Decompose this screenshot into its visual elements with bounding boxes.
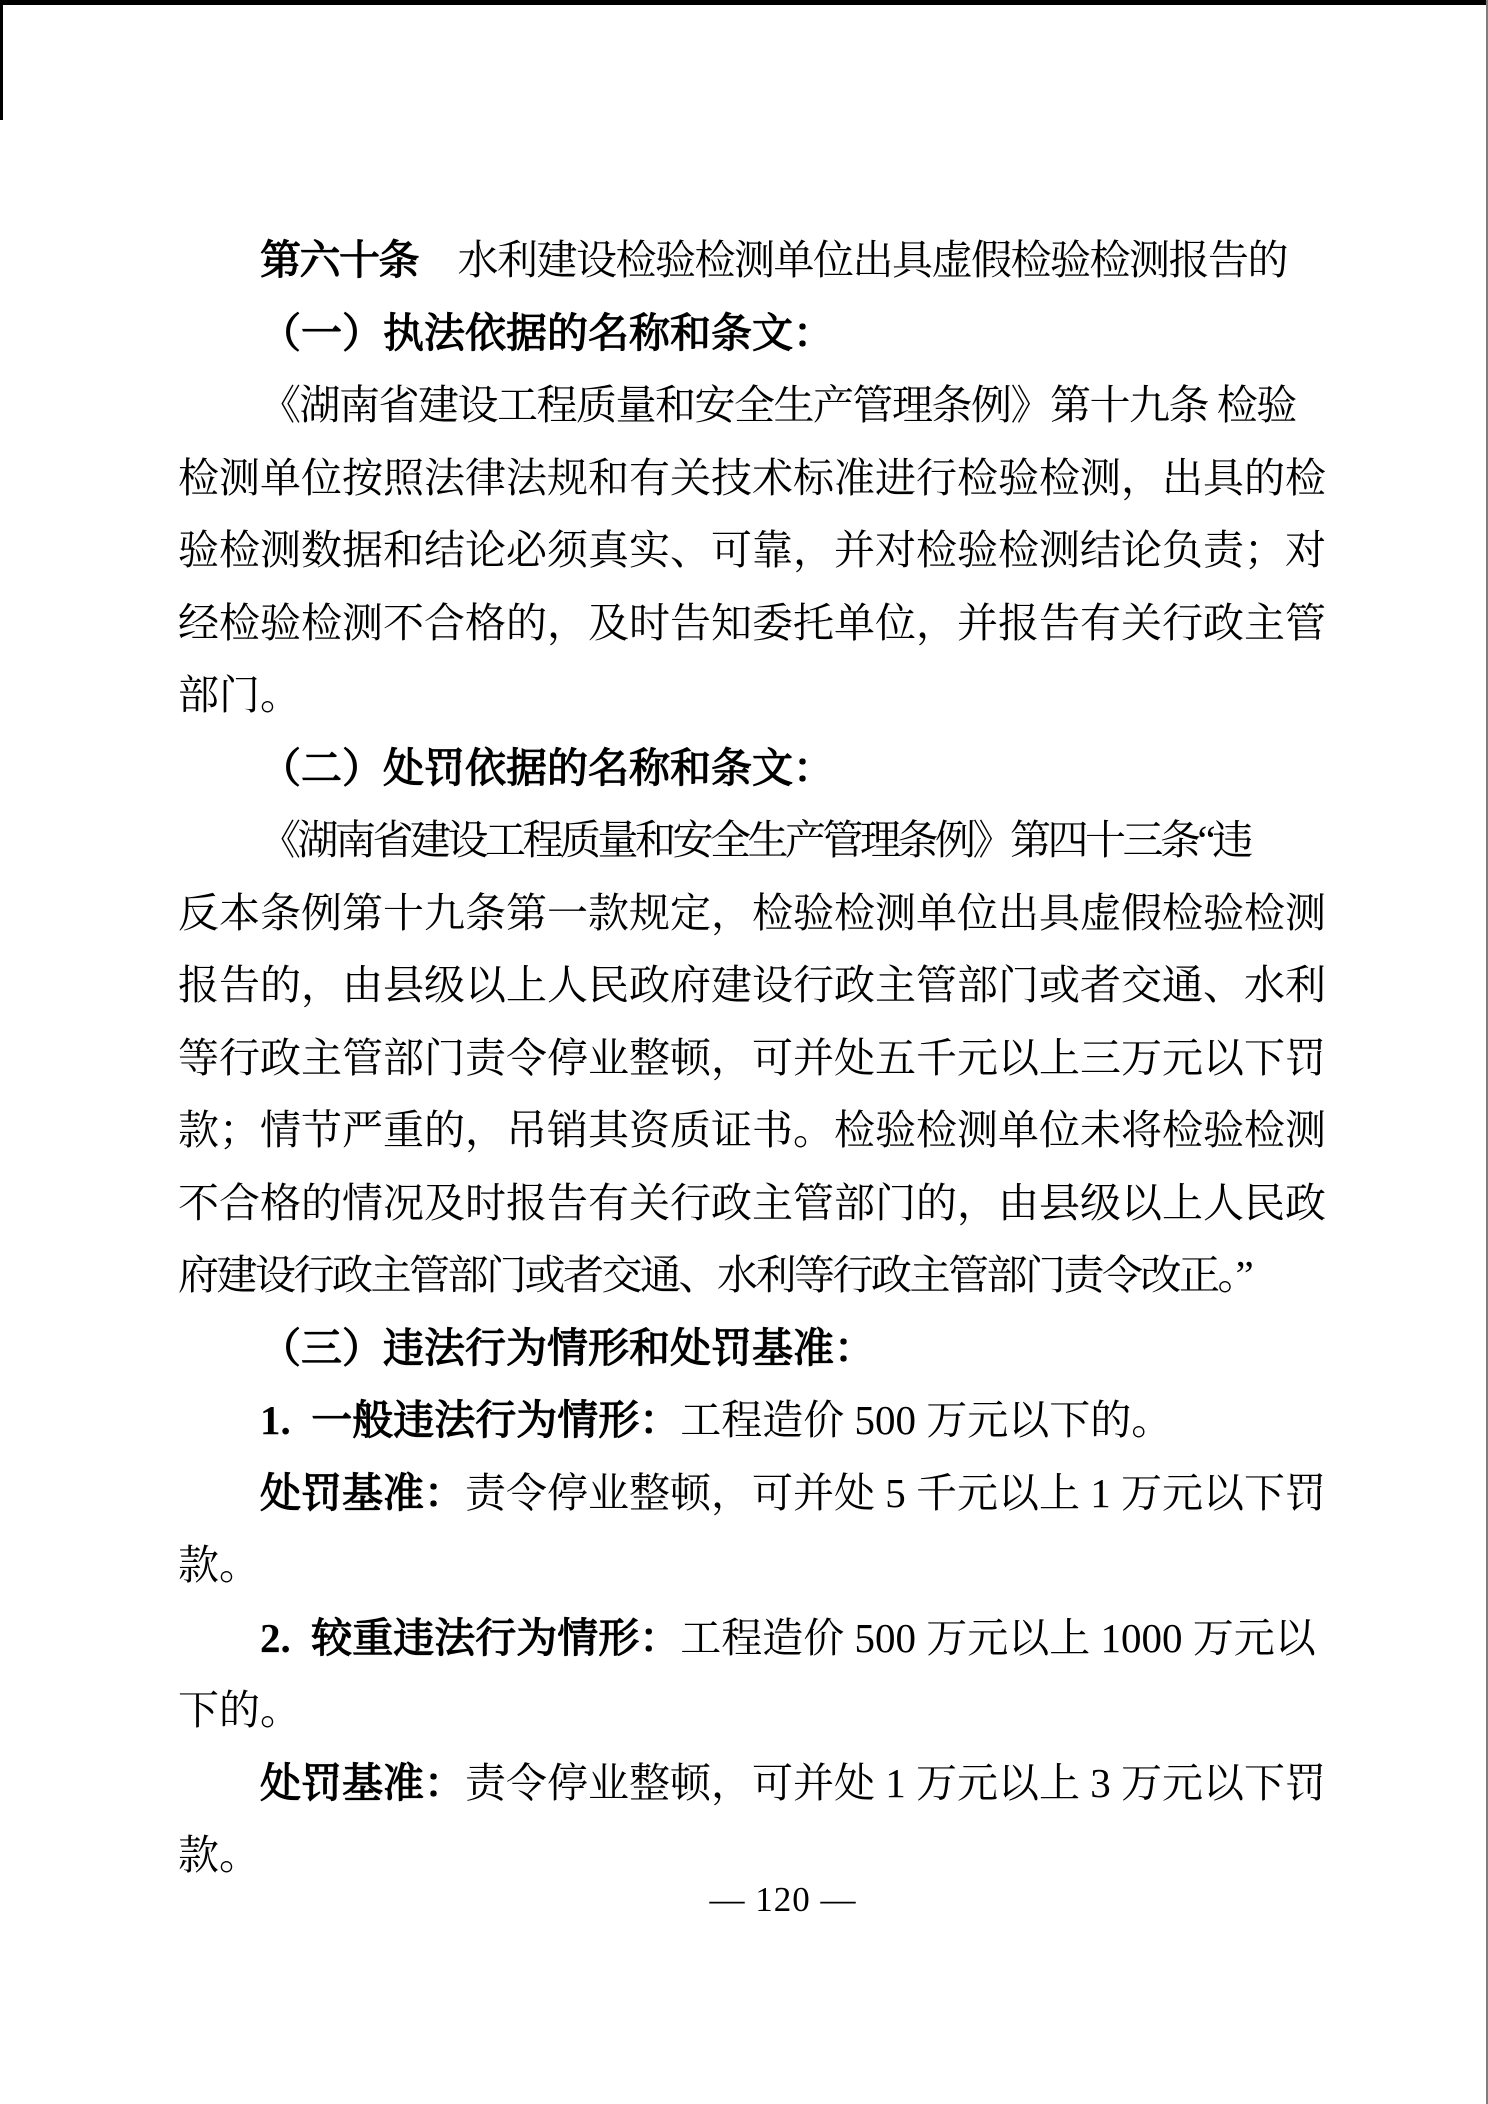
text-line: 府建设行政主管部门或者交通、水利等行政主管部门责令改正。” bbox=[178, 1239, 1318, 1312]
text-line: 《湖南省建设工程质量和安全生产管理条例》第四十三条“违 bbox=[178, 804, 1318, 877]
text-line: 《湖南省建设工程质量和安全生产管理条例》第十九条 检验 bbox=[178, 369, 1318, 442]
text-line: 款；情节严重的，吊销其资质证书。检验检测单位未将检验检测 bbox=[178, 1094, 1318, 1167]
text-line: 款。 bbox=[178, 1529, 1318, 1602]
heading-text: （二）处罚依据的名称和条文： bbox=[260, 745, 834, 791]
text-line: 1. 一般违法行为情形：工程造价 500 万元以下的。 bbox=[178, 1384, 1318, 1457]
scan-edge-left bbox=[0, 0, 3, 120]
body-text: 款。 bbox=[178, 1542, 260, 1588]
text-line: 经检验检测不合格的，及时告知委托单位，并报告有关行政主管 bbox=[178, 587, 1318, 660]
heading-text: 第六十条 bbox=[260, 237, 418, 283]
body-text: 经检验检测不合格的，及时告知委托单位，并报告有关行政主管 bbox=[178, 600, 1326, 646]
body-text: 水利建设检验检测单位出具虚假检验检测报告的 bbox=[418, 237, 1287, 283]
heading-text: 处罚基准： bbox=[260, 1470, 465, 1516]
text-line: 检测单位按照法律法规和有关技术标准进行检验检测，出具的检 bbox=[178, 442, 1318, 515]
body-text: 《湖南省建设工程质量和安全生产管理条例》第十九条 检验 bbox=[260, 382, 1296, 428]
text-line: 不合格的情况及时报告有关行政主管部门的，由县级以上人民政 bbox=[178, 1167, 1318, 1240]
body-text: 款；情节严重的，吊销其资质证书。检验检测单位未将检验检测 bbox=[178, 1107, 1326, 1153]
scan-edge-top bbox=[0, 0, 1488, 5]
body-text: 等行政主管部门责令停业整顿，可并处五千元以上三万元以下罚 bbox=[178, 1035, 1326, 1081]
body-text: 款。 bbox=[178, 1832, 260, 1878]
text-block: 第六十条 水利建设检验检测单位出具虚假检验检测报告的（一）执法依据的名称和条文：… bbox=[178, 224, 1318, 1892]
text-line: 等行政主管部门责令停业整顿，可并处五千元以上三万元以下罚 bbox=[178, 1022, 1318, 1095]
body-text: 工程造价 500 万元以上 1000 万元以 bbox=[680, 1615, 1316, 1661]
body-text: 下的。 bbox=[178, 1687, 301, 1733]
heading-text: 处罚基准： bbox=[260, 1760, 465, 1806]
document-page: 第六十条 水利建设检验检测单位出具虚假检验检测报告的（一）执法依据的名称和条文：… bbox=[0, 0, 1488, 2104]
text-line: 下的。 bbox=[178, 1674, 1318, 1747]
text-line: 处罚基准：责令停业整顿，可并处 5 千元以上 1 万元以下罚 bbox=[178, 1457, 1318, 1530]
body-text: 责令停业整顿，可并处 1 万元以上 3 万元以下罚 bbox=[465, 1760, 1326, 1806]
body-text: 府建设行政主管部门或者交通、水利等行政主管部门责令改正。” bbox=[178, 1252, 1251, 1298]
heading-text: 2. 较重违法行为情形： bbox=[260, 1615, 680, 1661]
text-line: 第六十条 水利建设检验检测单位出具虚假检验检测报告的 bbox=[178, 224, 1318, 297]
body-text: 《湖南省建设工程质量和安全生产管理条例》第四十三条“违 bbox=[260, 817, 1250, 863]
text-line: 部门。 bbox=[178, 659, 1318, 732]
body-text: 部门。 bbox=[178, 672, 301, 718]
text-line: 处罚基准：责令停业整顿，可并处 1 万元以上 3 万元以下罚 bbox=[178, 1747, 1318, 1820]
text-line: 反本条例第十九条第一款规定，检验检测单位出具虚假检验检测 bbox=[178, 877, 1318, 950]
heading-text: 1. 一般违法行为情形： bbox=[260, 1397, 680, 1443]
heading-text: （三）违法行为情形和处罚基准： bbox=[260, 1325, 875, 1371]
body-text: 责令停业整顿，可并处 5 千元以上 1 万元以下罚 bbox=[465, 1470, 1326, 1516]
body-text: 工程造价 500 万元以下的。 bbox=[680, 1397, 1172, 1443]
text-line: 验检测数据和结论必须真实、可靠，并对检验检测结论负责；对 bbox=[178, 514, 1318, 587]
page-number: — 120 — bbox=[710, 1880, 857, 1920]
body-text: 不合格的情况及时报告有关行政主管部门的，由县级以上人民政 bbox=[178, 1180, 1326, 1226]
body-text: 报告的，由县级以上人民政府建设行政主管部门或者交通、水利 bbox=[178, 962, 1326, 1008]
body-text: 反本条例第十九条第一款规定，检验检测单位出具虚假检验检测 bbox=[178, 890, 1326, 936]
body-text: 检测单位按照法律法规和有关技术标准进行检验检测，出具的检 bbox=[178, 455, 1326, 501]
heading-text: （一）执法依据的名称和条文： bbox=[260, 310, 834, 356]
text-line: （二）处罚依据的名称和条文： bbox=[178, 732, 1318, 805]
text-line: （一）执法依据的名称和条文： bbox=[178, 297, 1318, 370]
text-line: 2. 较重违法行为情形：工程造价 500 万元以上 1000 万元以 bbox=[178, 1602, 1318, 1675]
text-line: 报告的，由县级以上人民政府建设行政主管部门或者交通、水利 bbox=[178, 949, 1318, 1022]
text-line: （三）违法行为情形和处罚基准： bbox=[178, 1312, 1318, 1385]
body-text: 验检测数据和结论必须真实、可靠，并对检验检测结论负责；对 bbox=[178, 527, 1326, 573]
